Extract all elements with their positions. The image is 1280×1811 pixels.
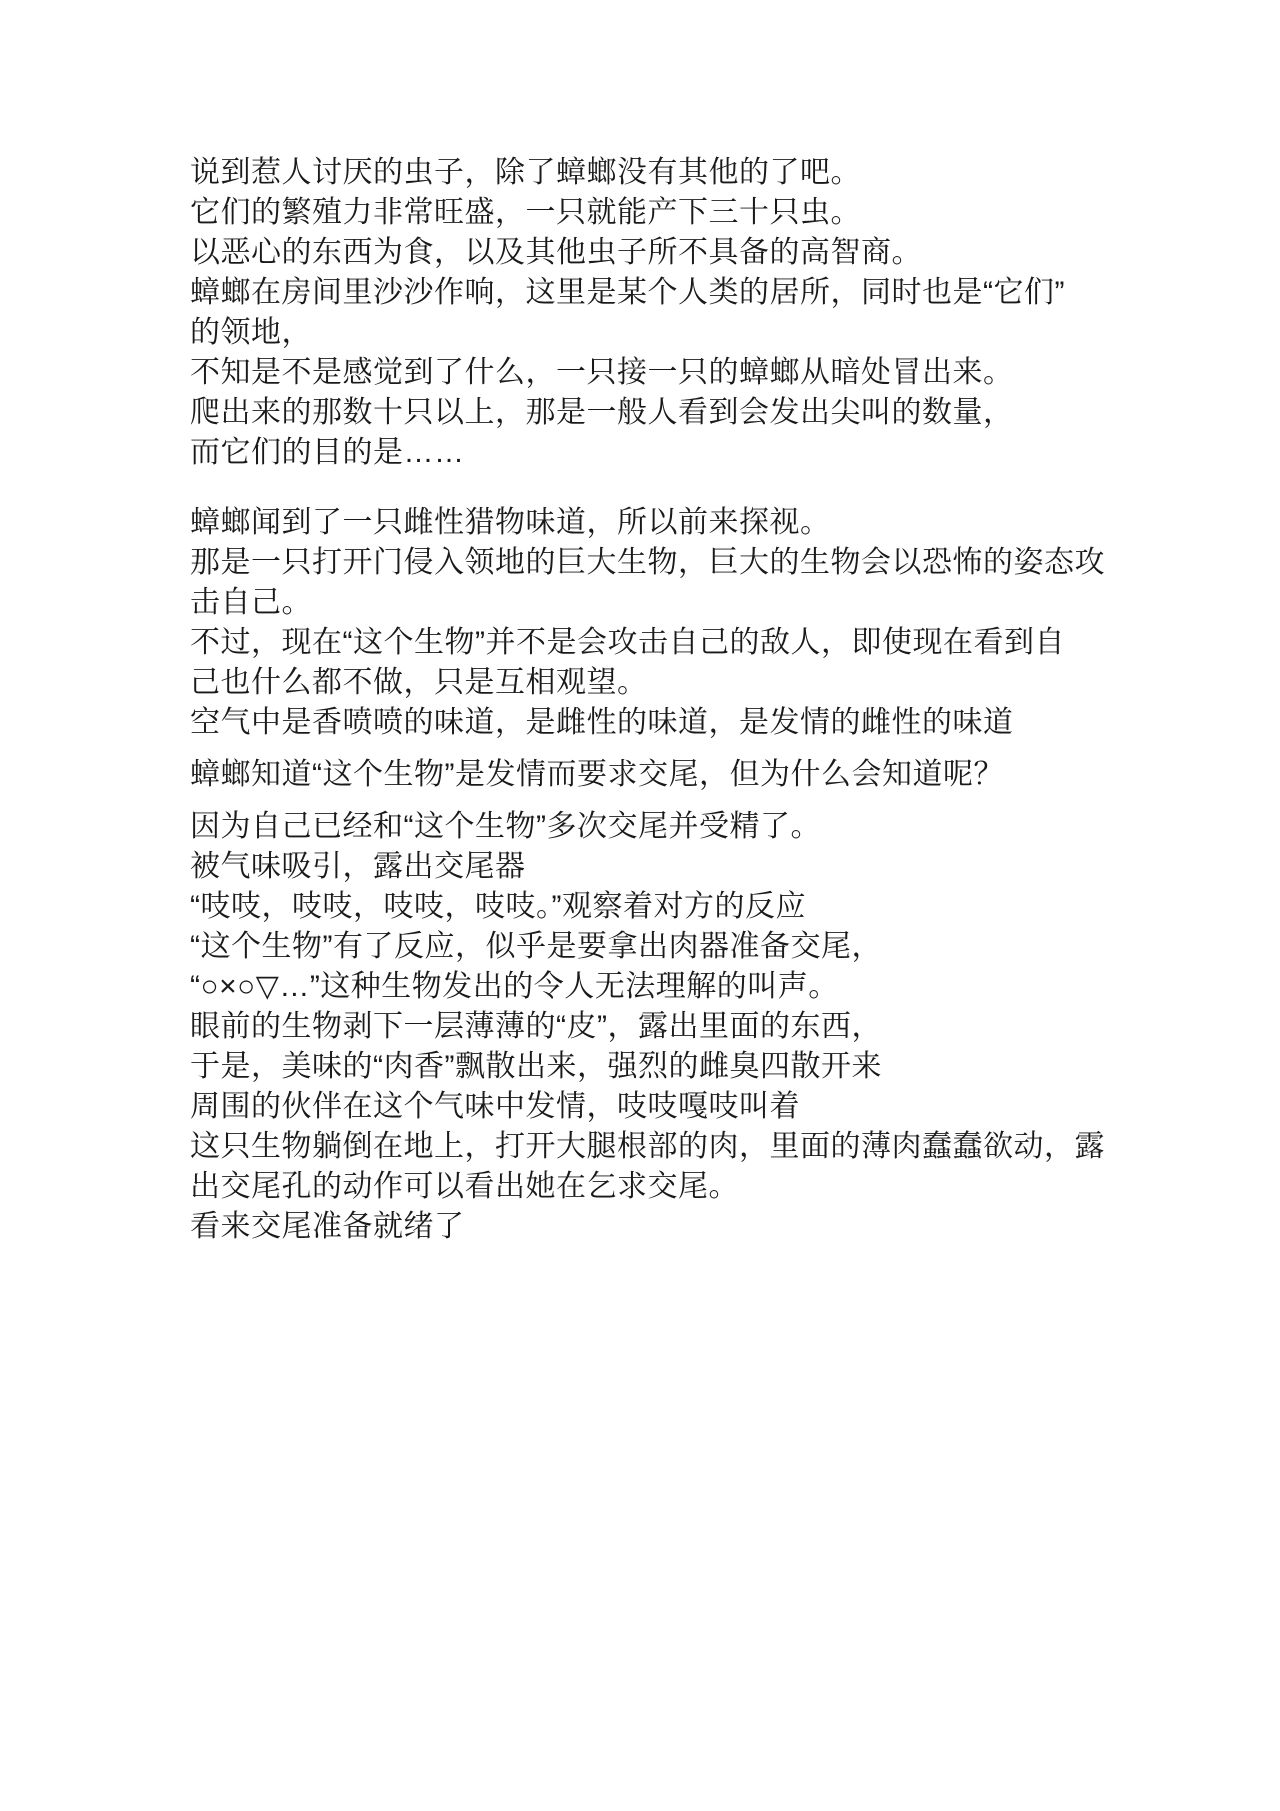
text-line: 空气中是香喷喷的味道，是雌性的味道，是发情的雌性的味道: [190, 703, 1105, 743]
text-line: “吱吱，吱吱，吱吱，吱吱。”观察着对方的反应: [190, 887, 1105, 927]
text-line: 不知是不是感觉到了什么，一只接一只的蟑螂从暗处冒出来。: [190, 353, 1105, 393]
text-block: 说到惹人讨厌的虫子，除了蟑螂没有其他的了吧。 它们的繁殖力非常旺盛，一只就能产下…: [190, 153, 1105, 1247]
text-line: 己也什么都不做，只是互相观望。: [190, 663, 1105, 703]
text-line: 这只生物躺倒在地上，打开大腿根部的肉，里面的薄肉蠢蠢欲动，露: [190, 1127, 1105, 1167]
text-line: 于是，美味的“肉香”飘散出来，强烈的雌臭四散开来: [190, 1047, 1105, 1087]
text-line: “这个生物”有了反应，似乎是要拿出肉器准备交尾，: [190, 927, 1105, 967]
paragraph-4: 因为自己已经和“这个生物”多次交尾并受精了。 被气味吸引，露出交尾器 “吱吱，吱…: [190, 807, 1105, 1247]
text-line: 因为自己已经和“这个生物”多次交尾并受精了。: [190, 807, 1105, 847]
text-line: 而它们的目的是……: [190, 433, 1105, 473]
paragraph-3: 蟑螂知道“这个生物”是发情而要求交尾，但为什么会知道呢？: [190, 755, 1105, 795]
text-line: 以恶心的东西为食，以及其他虫子所不具备的高智商。: [190, 233, 1105, 273]
text-line: 出交尾孔的动作可以看出她在乞求交尾。: [190, 1167, 1105, 1207]
text-line: 蟑螂闻到了一只雌性猎物味道，所以前来探视。: [190, 503, 1105, 543]
text-line: 击自己。: [190, 583, 1105, 623]
text-line: 爬出来的那数十只以上，那是一般人看到会发出尖叫的数量，: [190, 393, 1105, 433]
text-line: 周围的伙伴在这个气味中发情，吱吱嘎吱叫着: [190, 1087, 1105, 1127]
text-line: 看来交尾准备就绪了: [190, 1207, 1105, 1247]
text-line: 眼前的生物剥下一层薄薄的“皮”，露出里面的东西，: [190, 1007, 1105, 1047]
text-line: 被气味吸引，露出交尾器: [190, 847, 1105, 887]
text-line: 不过，现在“这个生物”并不是会攻击自己的敌人，即使现在看到自: [190, 623, 1105, 663]
text-line: 那是一只打开门侵入领地的巨大生物，巨大的生物会以恐怖的姿态攻: [190, 543, 1105, 583]
paragraph-1: 说到惹人讨厌的虫子，除了蟑螂没有其他的了吧。 它们的繁殖力非常旺盛，一只就能产下…: [190, 153, 1105, 473]
paragraph-2: 蟑螂闻到了一只雌性猎物味道，所以前来探视。 那是一只打开门侵入领地的巨大生物，巨…: [190, 503, 1105, 743]
text-line: 它们的繁殖力非常旺盛，一只就能产下三十只虫。: [190, 193, 1105, 233]
text-line: 的领地，: [190, 313, 1105, 353]
text-line: “○×○▽…”这种生物发出的令人无法理解的叫声。: [190, 967, 1105, 1007]
text-line: 说到惹人讨厌的虫子，除了蟑螂没有其他的了吧。: [190, 153, 1105, 193]
text-line: 蟑螂在房间里沙沙作响，这里是某个人类的居所，同时也是“它们”: [190, 273, 1105, 313]
document-page: 说到惹人讨厌的虫子，除了蟑螂没有其他的了吧。 它们的繁殖力非常旺盛，一只就能产下…: [0, 0, 1280, 1811]
text-line: 蟑螂知道“这个生物”是发情而要求交尾，但为什么会知道呢？: [190, 755, 1105, 795]
